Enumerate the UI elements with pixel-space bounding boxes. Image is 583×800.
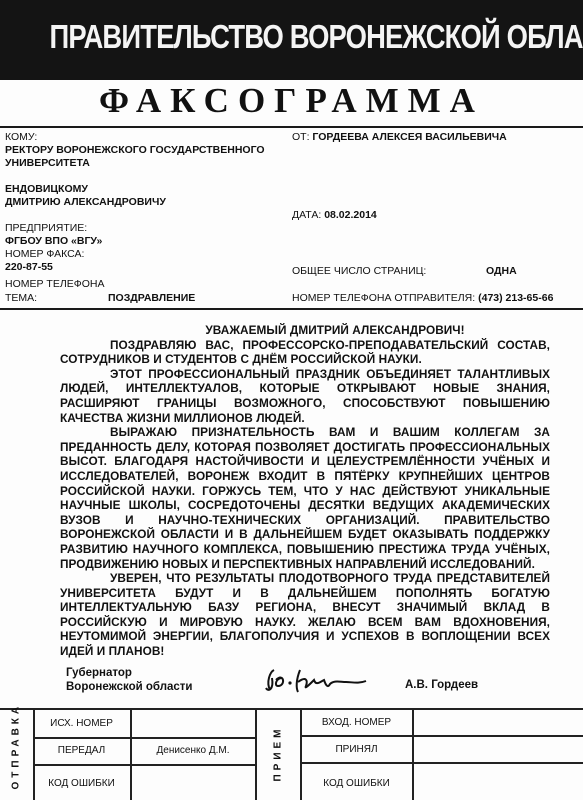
receive-section-label: ПРИЕМ: [273, 724, 284, 784]
pages-label: ОБЩЕЕ ЧИСЛО СТРАНИЦ:: [292, 265, 426, 278]
signatory-title-line2: Воронежской области: [66, 680, 193, 694]
header-band: ПРАВИТЕЛЬСТВО ВОРОНЕЖСКОЙ ОБЛАСТИ: [0, 0, 583, 80]
signatory-name: А.В. Гордеев: [405, 679, 478, 691]
sent-by-label: ПЕРЕДАЛ: [33, 745, 130, 756]
letter-paragraph: ЭТОТ ПРОФЕССИОНАЛЬНЫЙ ПРАЗДНИК ОБЪЕДИНЯЕ…: [60, 367, 550, 425]
enterprise-label: ПРЕДПРИЯТИЕ:: [5, 222, 87, 235]
send-error-code-label: КОД ОШИБКИ: [33, 778, 130, 789]
to-line1: РЕКТОРУ ВОРОНЕЖСКОГО ГОСУДАРСТВЕННОГО: [5, 144, 265, 157]
letter-paragraph: ВЫРАЖАЮ ПРИЗНАТЕЛЬНОСТЬ ВАМ И ВАШИМ КОЛЛ…: [60, 425, 550, 571]
divider-top: [0, 126, 583, 128]
date-field: ДАТА: 08.02.2014: [292, 209, 377, 222]
from-label: ОТ:: [292, 131, 310, 143]
date-label: ДАТА:: [292, 209, 321, 221]
signatory-title: Губернатор Воронежской области: [66, 666, 193, 694]
pages-value: ОДНА: [486, 265, 517, 278]
document-type-title: ФАКСОГРАММА: [0, 80, 583, 122]
letter-paragraph: ПОЗДРАВЛЯЮ ВАС, ПРОФЕССОРСКО-ПРЕПОДАВАТЕ…: [60, 338, 550, 367]
divider-mid: [0, 308, 583, 310]
sender-phone-label: НОМЕР ТЕЛЕФОНА ОТПРАВИТЕЛЯ:: [292, 292, 475, 304]
signatory-title-line1: Губернатор: [66, 666, 193, 680]
send-section-label: ОТПРАВКА: [11, 718, 22, 790]
organization-title: ПРАВИТЕЛЬСТВО ВОРОНЕЖСКОЙ ОБЛАСТИ: [50, 18, 534, 56]
from-field: ОТ: ГОРДЕЕВА АЛЕКСЕЯ ВАСИЛЬЕВИЧА: [292, 131, 507, 144]
subject-value: ПОЗДРАВЛЕНИЕ: [108, 292, 195, 305]
received-by-label: ПРИНЯЛ: [301, 744, 412, 755]
letter-body: УВАЖАЕМЫЙ ДМИТРИЙ АЛЕКСАНДРОВИЧ! ПОЗДРАВ…: [60, 323, 550, 659]
enterprise-value: ФГБОУ ВПО «ВГУ»: [5, 235, 102, 248]
fax-value: 220-87-55: [5, 261, 53, 274]
incoming-number-label: ВХОД. НОМЕР: [301, 717, 412, 728]
phone-label: НОМЕР ТЕЛЕФОНА: [5, 278, 104, 291]
fax-label: НОМЕР ФАКСА:: [5, 248, 84, 261]
sender-phone-value: (473) 213-65-66: [478, 292, 553, 304]
sent-by-value: Денисенко Д.М.: [131, 745, 255, 756]
receive-error-code-label: КОД ОШИБКИ: [301, 778, 412, 789]
to-name2: ДМИТРИЮ АЛЕКСАНДРОВИЧУ: [5, 196, 166, 209]
date-value: 08.02.2014: [324, 209, 377, 221]
to-line2: УНИВЕРСИТЕТА: [5, 157, 90, 170]
subject-label: ТЕМА:: [5, 292, 37, 305]
to-label: КОМУ:: [5, 131, 37, 144]
from-value: ГОРДЕЕВА АЛЕКСЕЯ ВАСИЛЬЕВИЧА: [312, 131, 506, 143]
letter-paragraph: УВЕРЕН, ЧТО РЕЗУЛЬТАТЫ ПЛОДОТВОРНОГО ТРУ…: [60, 571, 550, 659]
sender-phone-field: НОМЕР ТЕЛЕФОНА ОТПРАВИТЕЛЯ: (473) 213-65…: [292, 292, 553, 305]
to-name1: ЕНДОВИЦКОМУ: [5, 183, 88, 196]
fax-log-table: ОТПРАВКА ПРИЕМ ИСХ. НОМЕР ПЕРЕДАЛ Денисе…: [0, 708, 583, 800]
letter-greeting: УВАЖАЕМЫЙ ДМИТРИЙ АЛЕКСАНДРОВИЧ!: [60, 323, 550, 338]
outgoing-number-label: ИСХ. НОМЕР: [33, 718, 130, 729]
handwritten-signature-icon: [262, 664, 372, 698]
